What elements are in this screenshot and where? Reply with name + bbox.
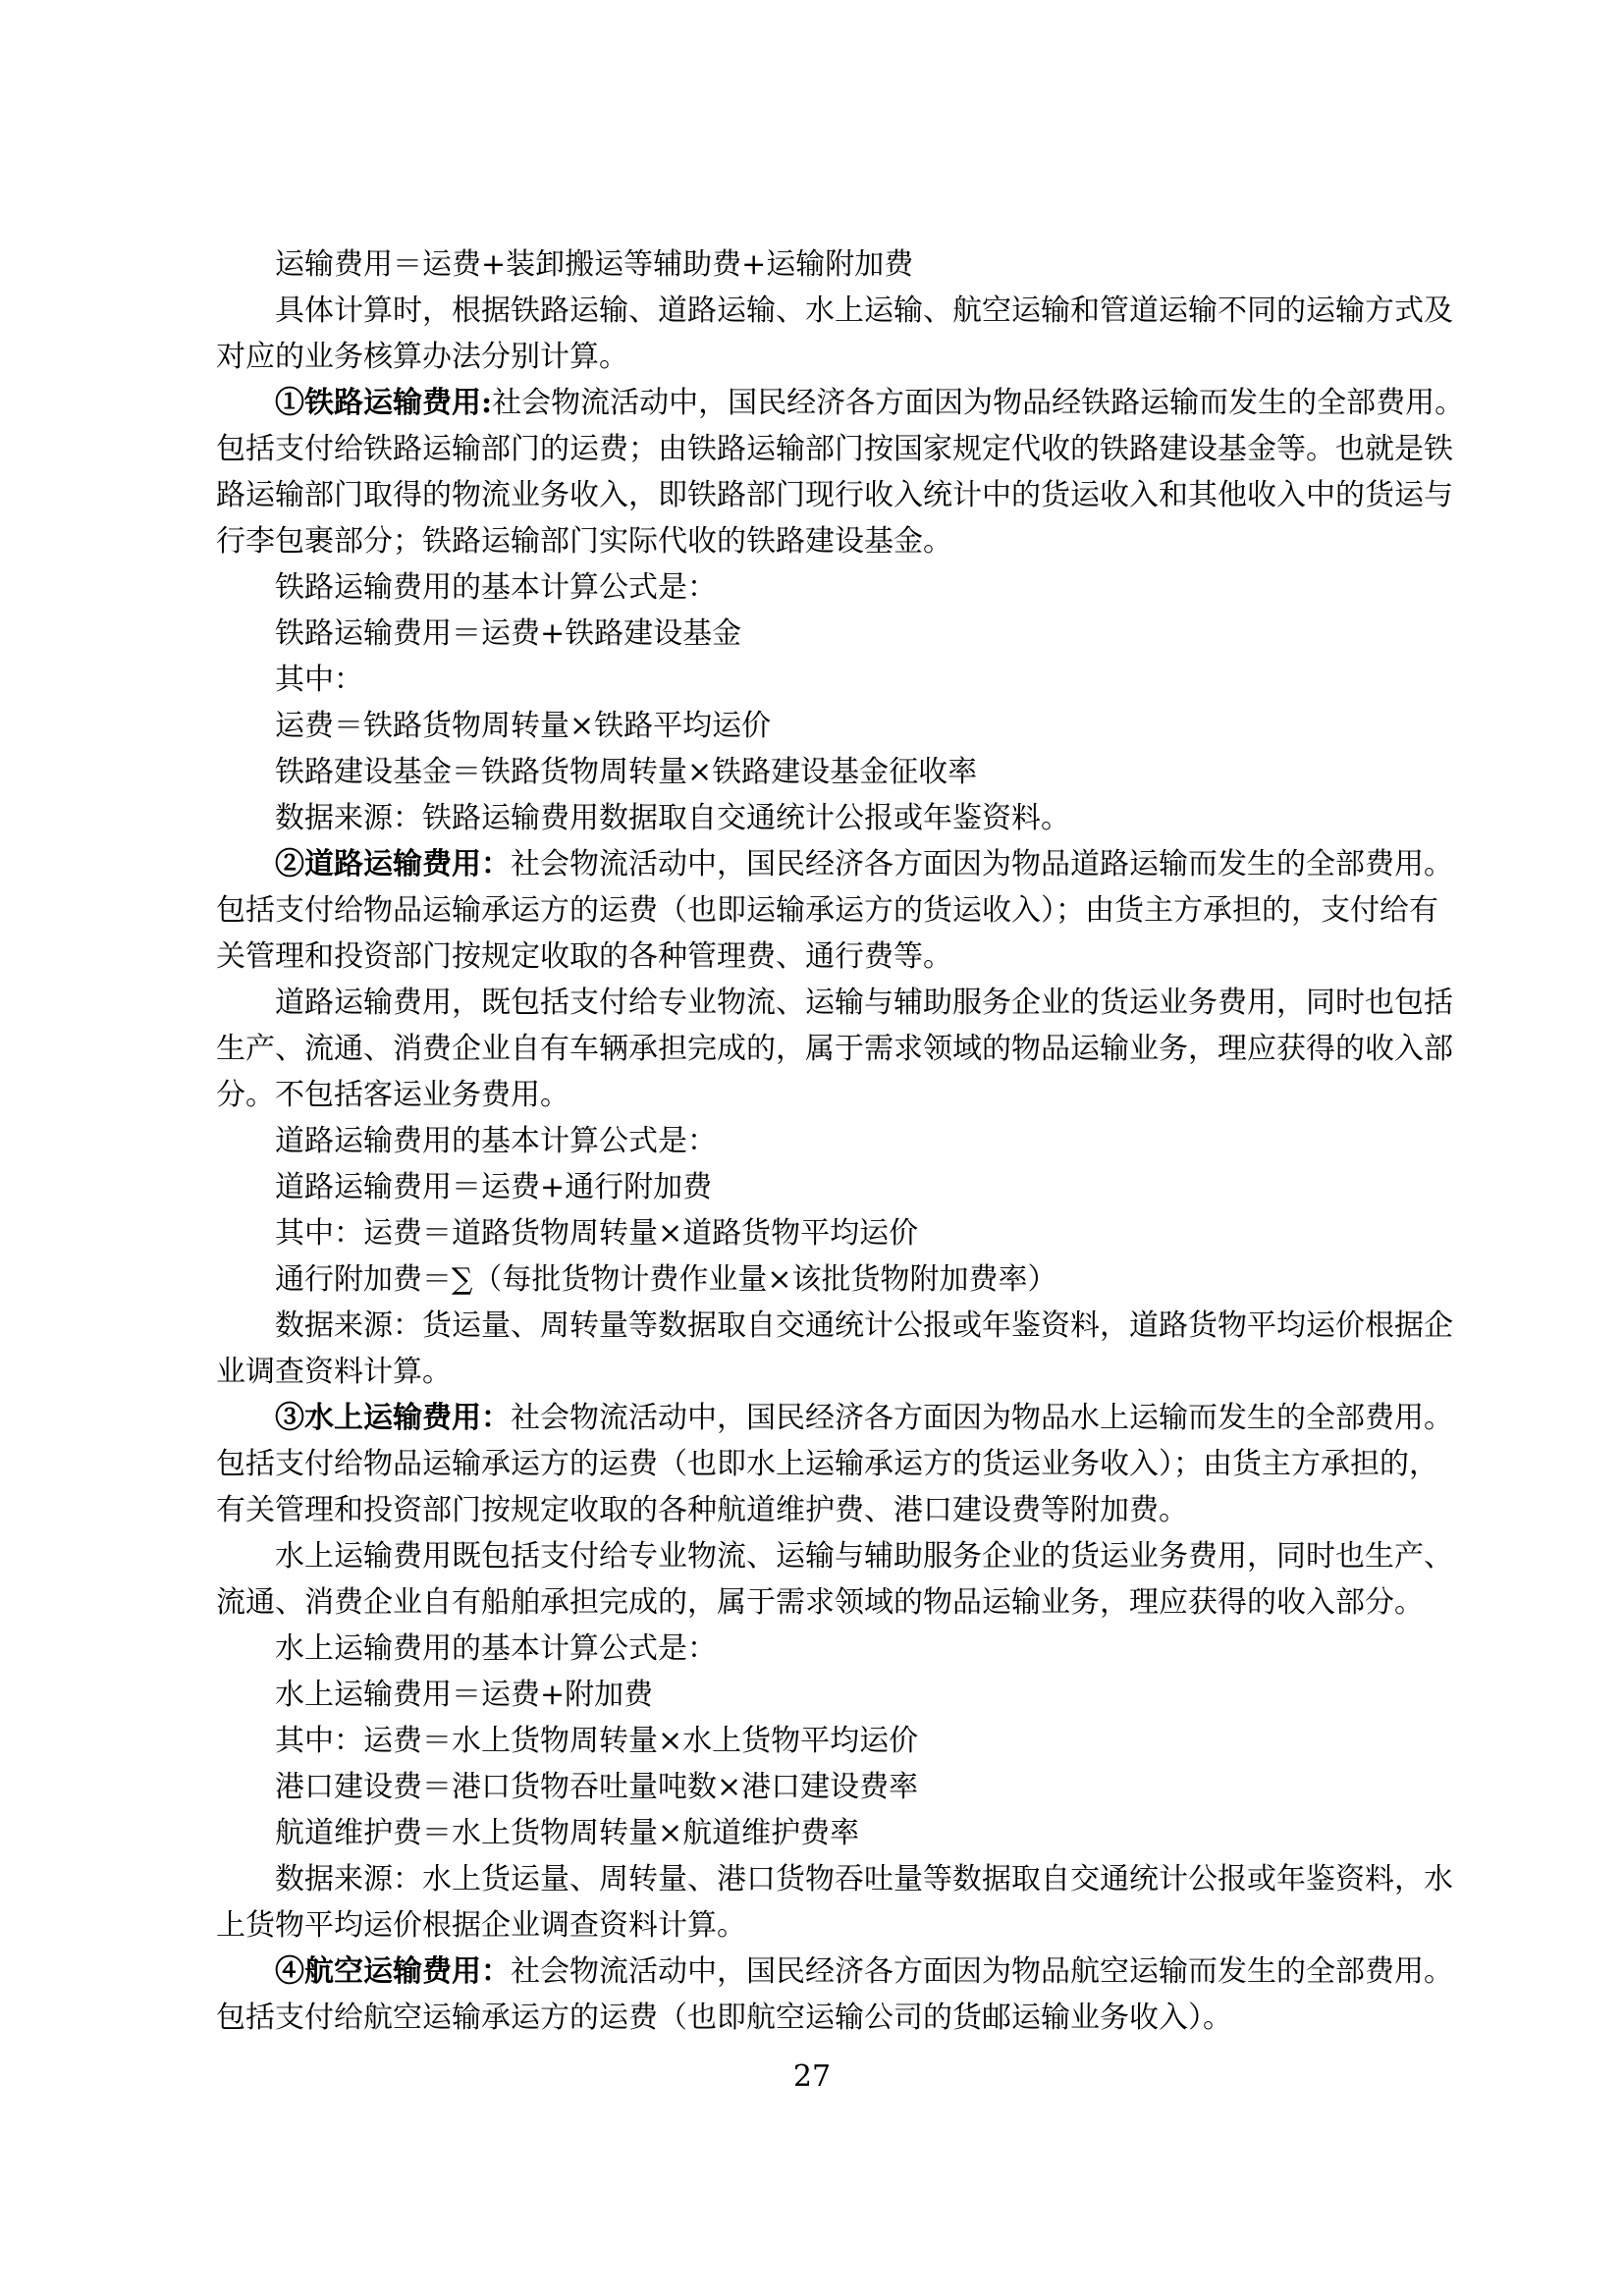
paragraph-text: 铁路建设基金＝铁路货物周转量×铁路建设基金征收率	[275, 755, 977, 789]
paragraph-lead: ②道路运输费用：	[275, 847, 511, 881]
paragraph-text: 数据来源：货运量、周转量等数据取自交通统计公报或年鉴资料，道路货物平均运价根据企…	[216, 1308, 1453, 1389]
page-number: 27	[0, 2054, 1624, 2100]
paragraph-text: 其中：运费＝道路货物周转量×道路货物平均运价	[275, 1216, 918, 1251]
paragraph: 其中：运费＝水上货物周转量×水上货物平均运价	[216, 1718, 1502, 1764]
paragraph: 数据来源：货运量、周转量等数据取自交通统计公报或年鉴资料，道路货物平均运价根据企…	[216, 1303, 1502, 1395]
paragraph: ④航空运输费用：社会物流活动中，国民经济各方面因为物品航空运输而发生的全部费用。…	[216, 1949, 1502, 2041]
paragraph-text: 铁路运输费用＝运费+铁路建设基金	[275, 616, 741, 651]
paragraph-lead: ①铁路运输费用:	[275, 386, 492, 420]
paragraph-text: 铁路运输费用的基本计算公式是：	[275, 570, 717, 605]
paragraph: 道路运输费用＝运费+通行附加费	[216, 1164, 1502, 1210]
paragraph: 水上运输费用既包括支付给专业物流、运输与辅助服务企业的货运业务费用，同时也生产、…	[216, 1533, 1502, 1626]
paragraph-text: 道路运输费用的基本计算公式是：	[275, 1124, 717, 1158]
paragraph-text: 道路运输费用＝运费+通行附加费	[275, 1170, 712, 1204]
paragraph: ③水上运输费用：社会物流活动中，国民经济各方面因为物品水上运输而发生的全部费用。…	[216, 1395, 1502, 1533]
paragraph-text: 水上运输费用的基本计算公式是：	[275, 1631, 717, 1666]
paragraph-lead: ③水上运输费用：	[275, 1401, 511, 1435]
paragraph-text: 航道维护费＝水上货物周转量×航道维护费率	[275, 1816, 859, 1850]
paragraph: 通行附加费＝∑（每批货物计费作业量×该批货物附加费率）	[216, 1256, 1502, 1303]
paragraph-text: 运输费用＝运费+装卸搬运等辅助费+运输附加费	[275, 247, 913, 282]
paragraph-text: 数据来源：铁路运输费用数据取自交通统计公报或年鉴资料。	[275, 801, 1070, 835]
paragraph: 铁路建设基金＝铁路货物周转量×铁路建设基金征收率	[216, 749, 1502, 795]
paragraph-text: 具体计算时，根据铁路运输、道路运输、水上运输、航空运输和管道运输不同的运输方式及…	[216, 294, 1453, 374]
paragraph: 数据来源：水上货运量、周转量、港口货物吞吐量等数据取自交通统计公报或年鉴资料，水…	[216, 1856, 1502, 1949]
paragraph-text: 港口建设费＝港口货物吞吐量吨数×港口建设费率	[275, 1770, 918, 1804]
paragraph: 道路运输费用，既包括支付给专业物流、运输与辅助服务企业的货运业务费用，同时也包括…	[216, 980, 1502, 1118]
paragraph: 道路运输费用的基本计算公式是：	[216, 1118, 1502, 1164]
paragraph: ①铁路运输费用:社会物流活动中，国民经济各方面因为物品经铁路运输而发生的全部费用…	[216, 380, 1502, 564]
paragraph: 港口建设费＝港口货物吞吐量吨数×港口建设费率	[216, 1764, 1502, 1810]
paragraph: 铁路运输费用＝运费+铁路建设基金	[216, 611, 1502, 657]
document-body: 运输费用＝运费+装卸搬运等辅助费+运输附加费具体计算时，根据铁路运输、道路运输、…	[216, 241, 1502, 2041]
paragraph-text: 水上运输费用＝运费+附加费	[275, 1678, 653, 1712]
paragraph: 其中：	[216, 657, 1502, 703]
paragraph-text: 其中：	[275, 663, 363, 697]
paragraph: 具体计算时，根据铁路运输、道路运输、水上运输、航空运输和管道运输不同的运输方式及…	[216, 288, 1502, 380]
paragraph: 铁路运输费用的基本计算公式是：	[216, 564, 1502, 611]
paragraph-text: 运费＝铁路货物周转量×铁路平均运价	[275, 709, 771, 743]
paragraph: 其中：运费＝道路货物周转量×道路货物平均运价	[216, 1210, 1502, 1256]
paragraph-text: 水上运输费用既包括支付给专业物流、运输与辅助服务企业的货运业务费用，同时也生产、…	[216, 1539, 1453, 1620]
paragraph: 运输费用＝运费+装卸搬运等辅助费+运输附加费	[216, 241, 1502, 288]
paragraph: 数据来源：铁路运输费用数据取自交通统计公报或年鉴资料。	[216, 795, 1502, 841]
document-page: 运输费用＝运费+装卸搬运等辅助费+运输附加费具体计算时，根据铁路运输、道路运输、…	[0, 0, 1624, 2296]
paragraph: 水上运输费用＝运费+附加费	[216, 1672, 1502, 1718]
paragraph: ②道路运输费用：社会物流活动中，国民经济各方面因为物品道路运输而发生的全部费用。…	[216, 841, 1502, 980]
paragraph-text: 通行附加费＝∑（每批货物计费作业量×该批货物附加费率）	[275, 1262, 1057, 1297]
paragraph: 水上运输费用的基本计算公式是：	[216, 1626, 1502, 1672]
paragraph: 航道维护费＝水上货物周转量×航道维护费率	[216, 1810, 1502, 1856]
paragraph-text: 数据来源：水上货运量、周转量、港口货物吞吐量等数据取自交通统计公报或年鉴资料，水…	[216, 1862, 1453, 1943]
paragraph-lead: ④航空运输费用：	[275, 1954, 511, 1989]
paragraph-text: 道路运输费用，既包括支付给专业物流、运输与辅助服务企业的货运业务费用，同时也包括…	[216, 986, 1453, 1112]
paragraph: 运费＝铁路货物周转量×铁路平均运价	[216, 703, 1502, 749]
paragraph-text: 其中：运费＝水上货物周转量×水上货物平均运价	[275, 1724, 918, 1758]
